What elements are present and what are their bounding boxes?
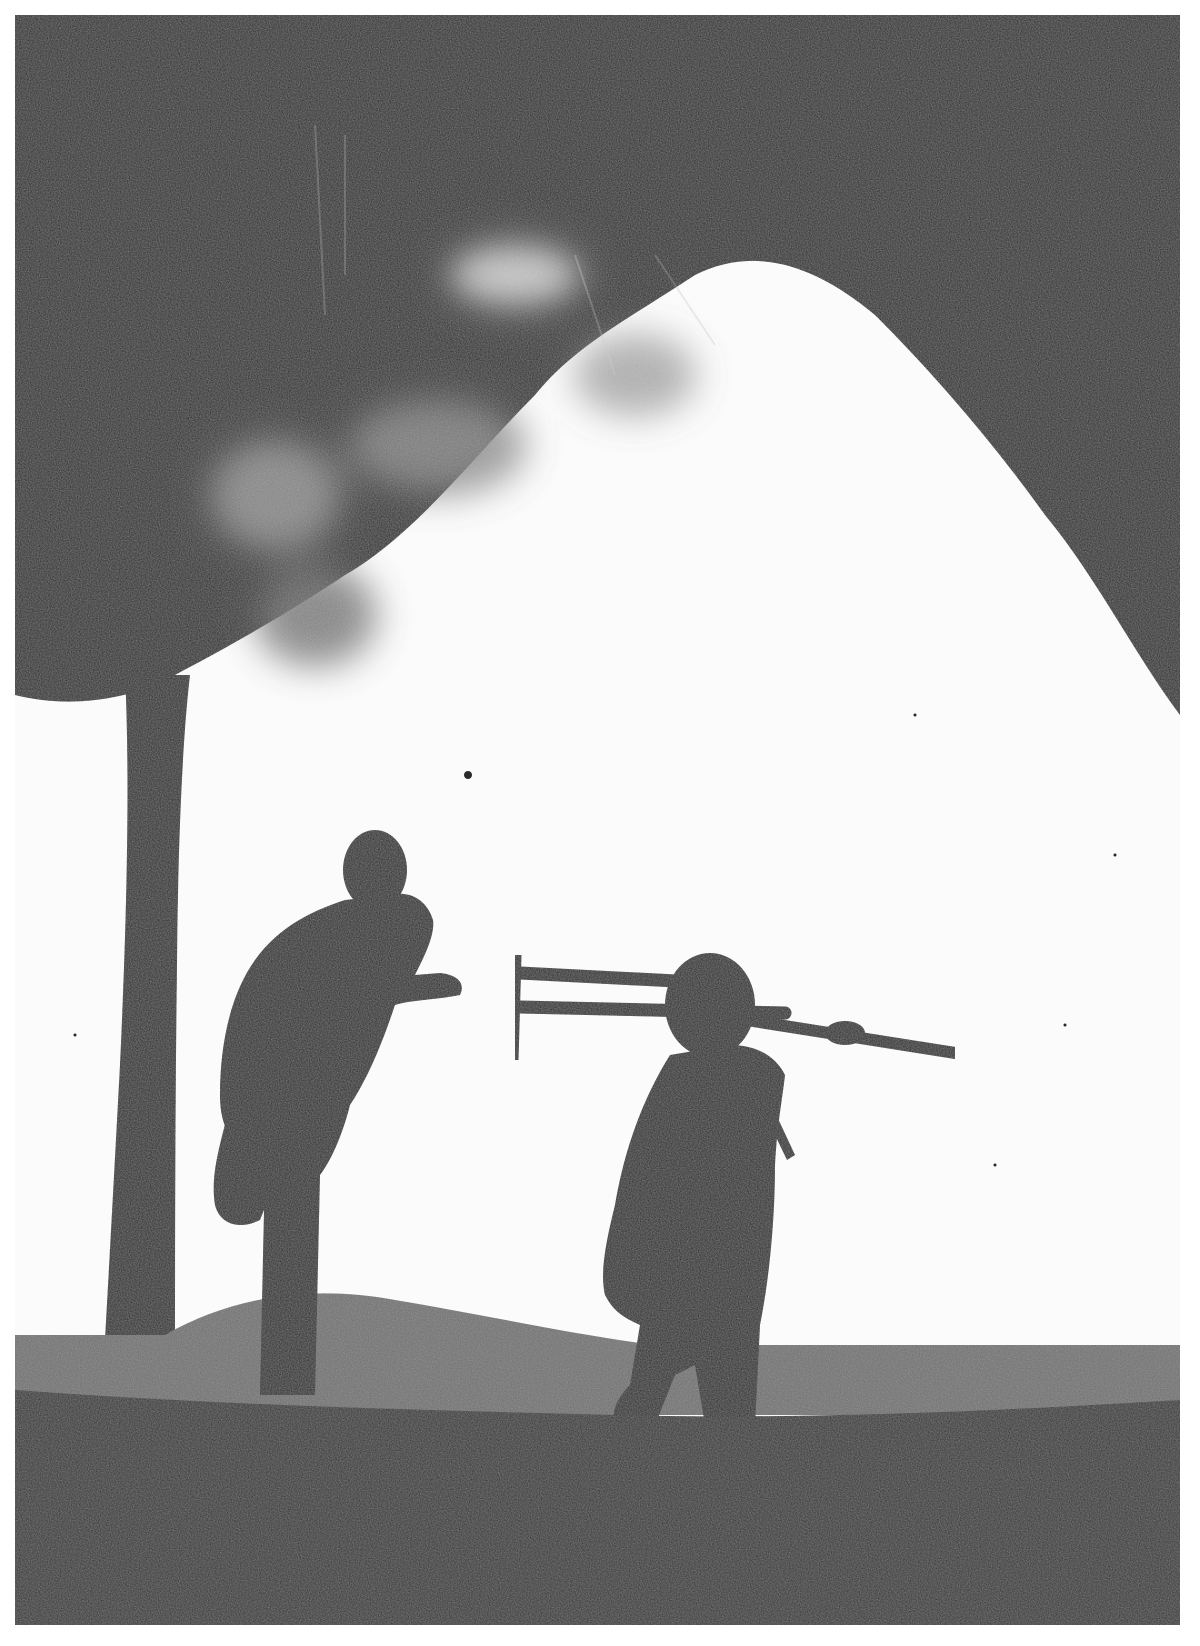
photo-scene — [15, 15, 1180, 1625]
halftone-photograph — [15, 15, 1180, 1625]
grassy-ground — [15, 1390, 1180, 1625]
